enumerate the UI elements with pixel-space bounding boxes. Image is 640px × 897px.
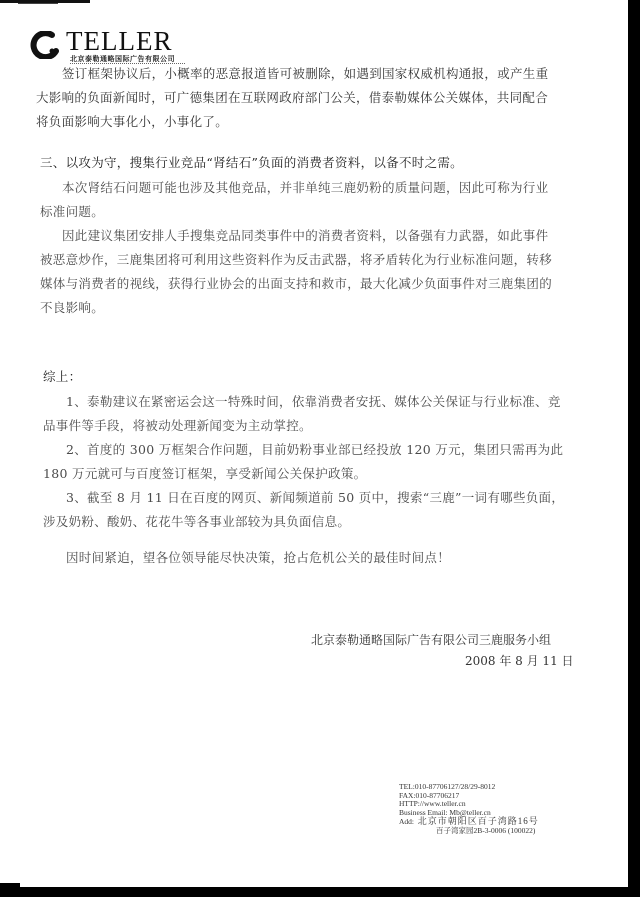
section-heading: 三、以攻为守，搜集行业竞品“肾结石”负面的消费者资料，以备不时之需。 [40, 155, 463, 171]
summary-item-line: 品事件等手段，将被动处理新闻变为主动掌控。 [43, 418, 312, 434]
teller-swirl-logo-icon [30, 31, 60, 59]
summary-item-line: 3、截至 8 月 11 日在百度的网页、新闻频道前 50 页中，搜索“三鹿”一词… [66, 490, 564, 506]
summary-item-line: 2、首度的 300 万框架合作问题，目前奶粉事业部已经投放 120 万元，集团只… [66, 442, 563, 458]
summary-item-line: 1、泰勒建议在紧密运会这一特殊时间，依靠消费者安抚、媒体公关保证与行业标准、竞 [66, 394, 561, 410]
signature-org: 北京泰勒通略国际广告有限公司三鹿服务小组 [311, 631, 551, 648]
paragraph-line: 因此建议集团安排人手搜集竞品同类事件中的消费者资料，以备强有力武器，如此事件 [62, 228, 548, 244]
scan-border-artifact [0, 883, 20, 887]
paragraph-line: 媒体与消费者的视线，获得行业协会的出面支持和救市，最大化减少负面事件对三鹿集团的 [40, 276, 552, 292]
scan-border-bottom [0, 887, 640, 897]
contact-block: TEL:010-87706127/28/29-8012 FAX:010-8770… [399, 783, 539, 836]
scan-border-right [628, 0, 640, 897]
address-label: Add: [399, 817, 414, 826]
paragraph-line: 大影响的负面新闻时，可广德集团在互联网政府部门公关，借泰勒媒体公关媒体，共同配合 [36, 90, 548, 106]
paragraph-line: 将负面影响大事化小，小事化了。 [36, 114, 228, 130]
summary-item-line: 涉及奶粉、酸奶、花花牛等各事业部较为具负面信息。 [43, 514, 350, 530]
paragraph-line: 本次肾结石问题可能也涉及其他竞品，并非单纯三鹿奶粉的质量问题，因此可称为行业 [62, 180, 548, 196]
scanned-letter-page: TELLER 北京泰勒通略国际广告有限公司 签订框架协议后，小概率的恶意报道皆可… [0, 0, 640, 897]
paragraph-line: 标准问题。 [40, 204, 104, 220]
company-letterhead: TELLER 北京泰勒通略国际广告有限公司 [30, 28, 190, 68]
scan-artifact-streak [18, 3, 58, 4]
paragraph-line: 不良影响。 [40, 300, 104, 316]
summary-item-line: 180 万元就可与百度签订框架，享受新闻公关保护政策。 [43, 466, 366, 482]
logo-wordmark: TELLER [66, 28, 172, 55]
signature-date: 2008 年 8 月 11 日 [465, 652, 574, 669]
summary-heading: 综上： [43, 369, 81, 385]
paragraph-line: 签订框架协议后，小概率的恶意报道皆可被删除，如遇到国家权威机构通报，或产生重 [62, 66, 548, 82]
closing-line: 因时间紧迫，望各位领导能尽快决策，抢占危机公关的最佳时间点！ [66, 550, 450, 566]
address-line-1: 北京市朝阳区百子湾路16号 [418, 816, 539, 826]
address-line-2: 百子湾家园2B-3-0006 (100022) [399, 827, 539, 836]
paragraph-line: 被恶意炒作，三鹿集团将可利用这些资料作为反击武器，将矛盾转化为行业标准问题，转移 [40, 252, 552, 268]
